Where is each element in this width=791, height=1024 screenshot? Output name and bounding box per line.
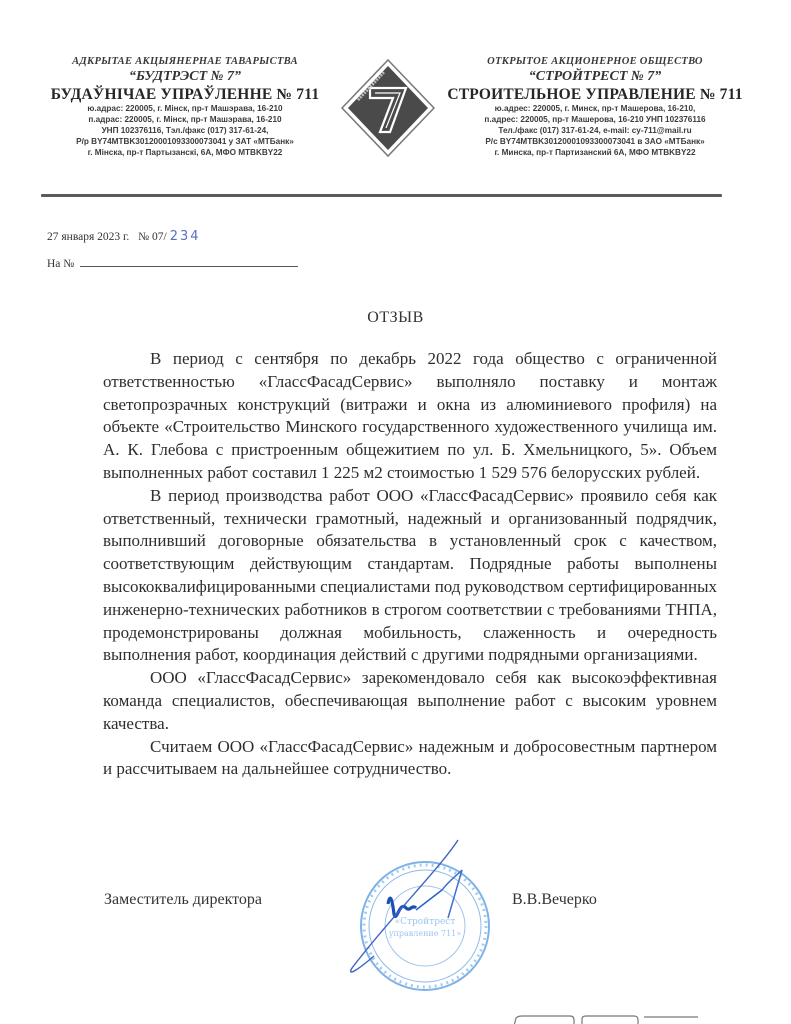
letter-body: В период с сентября по декабрь 2022 года…	[103, 348, 717, 781]
letterhead-divider	[41, 194, 722, 197]
date-reference-line: 27 января 2023 г. № 07/234	[47, 229, 201, 244]
signatory-name: В.В.Вечерко	[512, 891, 597, 909]
letter-date: 27 января 2023 г.	[47, 231, 129, 243]
incoming-reference-line: На №	[47, 255, 298, 270]
bank-address-ru: г. Минска, пр-т Партизанский 6А, МФО MTB…	[440, 149, 750, 160]
paragraph-1: В период с сентября по декабрь 2022 года…	[103, 348, 717, 485]
trust-name-by: “БУДТРЭСТ № 7”	[35, 70, 335, 87]
unit-name-by: БУДАЎНІЧАЕ УПРАЎЛЕННЕ № 711	[35, 87, 335, 105]
svg-text:«Стройтрест: «Стройтрест	[395, 917, 456, 927]
incoming-label: На №	[47, 258, 74, 270]
letterhead-left: АДКРЫТАЕ АКЦЫЯНЕРНАЕ ТАВАРЫСТВА “БУДТРЭС…	[35, 57, 335, 160]
letterhead-right: ОТКРЫТОЕ АКЦИОНЕРНОЕ ОБЩЕСТВО “СТРОЙТРЕС…	[440, 57, 750, 160]
trust-name-ru: “СТРОЙТРЕСТ № 7”	[440, 70, 750, 87]
incoming-number-blank	[80, 255, 298, 267]
outgoing-number-prefix: № 07/	[138, 231, 167, 243]
seal-stamp-icon: «Стройтрест управление 711»	[330, 838, 505, 998]
paragraph-3: ООО «ГлассФасадСервис» зарекомендовало с…	[103, 667, 717, 735]
outgoing-number-handwritten: 234	[170, 229, 201, 244]
bank-address-by: г. Мінска, пр-т Партызанскі, 6А, МФО MTB…	[35, 149, 335, 160]
svg-text:управление 711»: управление 711»	[389, 929, 461, 938]
paragraph-2: В период производства работ ООО «ГлассФа…	[103, 485, 717, 667]
signatory-position: Заместитель директора	[104, 891, 262, 909]
stroytrest-7-logo-icon	[340, 58, 436, 158]
paragraph-4: Считаем ООО «ГлассФасадСервис» надежным …	[103, 736, 717, 782]
page-edge-tabs	[512, 1014, 732, 1024]
unit-name-ru: СТРОИТЕЛЬНОЕ УПРАВЛЕНИЕ № 711	[440, 87, 750, 105]
document-title: ОТЗЫВ	[0, 309, 791, 327]
